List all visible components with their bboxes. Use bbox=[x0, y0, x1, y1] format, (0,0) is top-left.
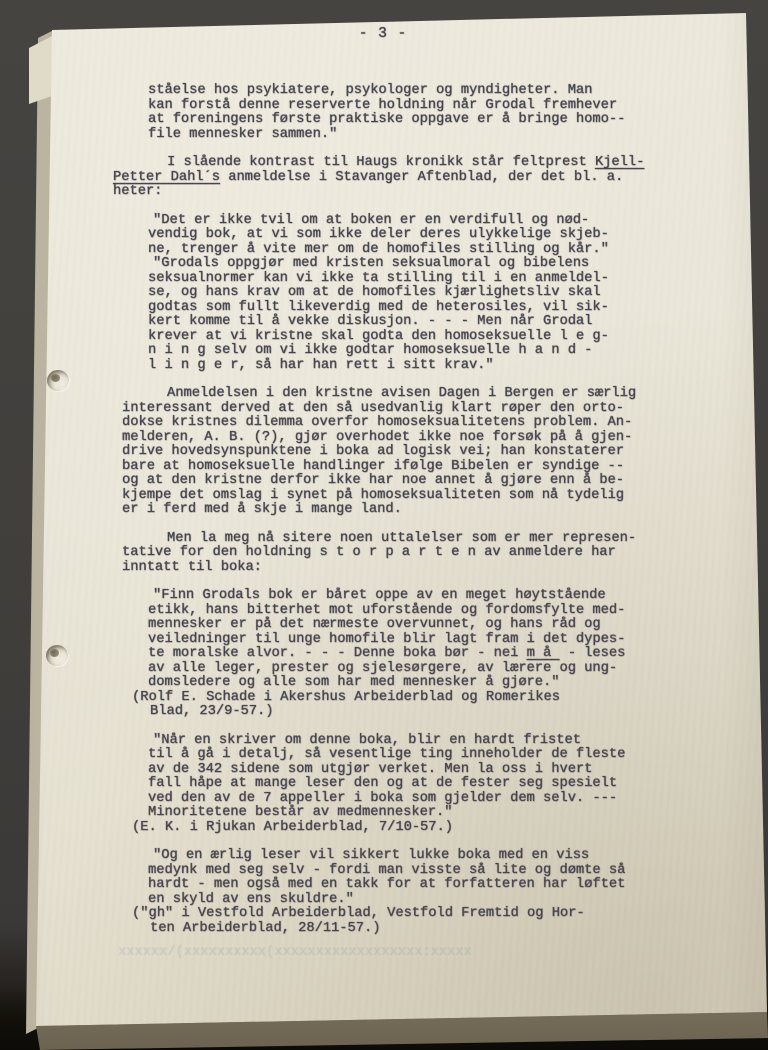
text-run: dokse kristnes dilemma overfor homoseksu… bbox=[122, 415, 632, 430]
typescript-line: ved den av de 7 appeller i boka som gjel… bbox=[122, 792, 667, 807]
punch-hole-top bbox=[47, 370, 69, 391]
typescript-line: l i n g e r, så har han rett i sitt krav… bbox=[122, 359, 667, 374]
typescript-line: krever at vi kristne skal godta den homo… bbox=[122, 330, 667, 345]
paragraph-kontrast: I slående kontrast til Haugs kronikk stå… bbox=[122, 156, 667, 200]
typescript-line: (E. K. i Rjukan Arbeiderblad, 7/10-57.) bbox=[122, 821, 667, 836]
text-run: fall håpe at mange leser den og at de fe… bbox=[148, 776, 617, 791]
text-run: "Når en skriver om denne boka, blir en h… bbox=[153, 733, 581, 748]
blockquote-schade: "Finn Grodals bok er båret oppe av en me… bbox=[122, 589, 667, 720]
text-run: og at den kristne derfor ikke har noe an… bbox=[122, 473, 624, 488]
typescript-line: etikk, hans bitterhet mot uforstående og… bbox=[122, 604, 667, 619]
typescript-line: av de 342 sidene som utgjør verket. Men … bbox=[122, 763, 667, 778]
typescript-line: heter: bbox=[113, 185, 667, 200]
text-run: heter: bbox=[113, 184, 162, 199]
text-run: krever at vi kristne skal godta den homo… bbox=[148, 329, 609, 344]
typescript-line: seksualnormer kan vi ikke ta stilling ti… bbox=[122, 272, 667, 287]
punch-hole-shadow bbox=[51, 374, 60, 382]
text-run: "Og en ærlig leser vil sikkert lukke bok… bbox=[153, 848, 589, 863]
text-run: kert komme til å vekke diskusjon. - - - … bbox=[148, 314, 592, 329]
text-run: - leses bbox=[559, 646, 625, 661]
text-run: l i n g e r, så har han rett i sitt krav… bbox=[148, 358, 494, 373]
typescript-line: Minoritetene består av medmennesker." bbox=[122, 806, 667, 821]
text-run: ("gh" i Vestfold Arbeiderblad, Vestfold … bbox=[132, 906, 585, 921]
text-run: "Det er ikke tvil om at boken er en verd… bbox=[153, 213, 589, 228]
text-run: n i n g selv om vi ikke godtar homoseksu… bbox=[148, 343, 592, 358]
typescript-line: medynk med seg selv - fordi man visste s… bbox=[122, 864, 667, 879]
typescript-line: Blad, 23/9-57.) bbox=[122, 705, 667, 720]
typescript-line: kert komme til å vekke diskusjon. - - - … bbox=[122, 315, 667, 330]
punch-hole-bottom bbox=[46, 645, 68, 666]
typescript-line: bare at homoseksuelle handlinger ifølge … bbox=[122, 460, 667, 475]
typescript-line: (Rolf E. Schade i Akershus Arbeiderblad … bbox=[122, 691, 667, 706]
typescript-line: ne, trenger å vite mer om de homofiles s… bbox=[122, 243, 667, 258]
text-run: av de 342 sidene som utgjør verket. Men … bbox=[148, 762, 592, 777]
text-run: er i ferd med å skje i mange land. bbox=[122, 502, 402, 517]
text-run: mennesker er på det nærmeste overvunnet,… bbox=[148, 617, 601, 632]
typescript-line: se, og hans krav om at de homofiles kjær… bbox=[122, 286, 667, 301]
text-run: kan forstå denne reserverte holdning når… bbox=[148, 98, 617, 113]
typescript-line: av alle leger, prester og sjelesørgere, … bbox=[122, 662, 667, 677]
punch-hole-shadow bbox=[50, 649, 59, 657]
typescript-line: "Finn Grodals bok er båret oppe av en me… bbox=[122, 589, 667, 604]
typescript-line: kan forstå denne reserverte holdning når… bbox=[122, 99, 667, 114]
typescript-line: Men la meg nå sitere noen uttalelser som… bbox=[122, 532, 667, 547]
text-run: av alle leger, prester og sjelesørgere, … bbox=[148, 661, 617, 676]
text-run: ten Arbeiderblad, 28/11-57.) bbox=[150, 921, 380, 936]
text-run: seksualnormer kan vi ikke ta stilling ti… bbox=[148, 271, 609, 286]
text-run: veiledninger til unge homofile blir lagt… bbox=[148, 632, 625, 647]
typescript-line: "Og en ærlig leser vil sikkert lukke bok… bbox=[122, 849, 667, 864]
page-number: - 3 - bbox=[122, 26, 644, 42]
typescript-line: "Når en skriver om denne boka, blir en h… bbox=[122, 734, 667, 749]
typescript-line: til å gå i detalj, så vesentlige ting in… bbox=[122, 748, 667, 763]
blockquote-rjukan: "Når en skriver om denne boka, blir en h… bbox=[122, 734, 667, 836]
typescript-line: ten Arbeiderblad, 28/11-57.) bbox=[122, 922, 667, 937]
typescript-line: og at den kristne derfor ikke har noe an… bbox=[122, 474, 667, 489]
text-run: ved den av de 7 appeller i boka som gjel… bbox=[148, 791, 617, 806]
text-run: at foreningens første praktiske oppgave … bbox=[148, 112, 625, 127]
underlined-text-run: Petter Dahl´s bbox=[113, 170, 220, 185]
typescript-line: veiledninger til unge homofile blir lagt… bbox=[122, 633, 667, 648]
text-run: (Rolf E. Schade i Akershus Arbeiderblad … bbox=[132, 690, 560, 705]
typescript-line: "Det er ikke tvil om at boken er en verd… bbox=[122, 214, 667, 229]
text-run: ne, trenger å vite mer om de homofiles s… bbox=[148, 242, 609, 257]
text-run: interessant derved at den så usedvanlig … bbox=[122, 401, 624, 416]
text-run: se, og hans krav om at de homofiles kjær… bbox=[148, 285, 601, 300]
typescript-line: domsledere og alle som har med mennesker… bbox=[122, 676, 667, 691]
text-run: kjempe det omslag i synet på homoseksual… bbox=[122, 488, 624, 503]
typescript-line: godtas som fullt likeverdig med de heter… bbox=[122, 301, 667, 316]
typescript-line: te moralske alvor. - - - Denne boka bør … bbox=[122, 647, 667, 662]
text-run: medynk med seg selv - fordi man visste s… bbox=[148, 863, 625, 878]
text-run: hardt - men også med en takk for at forf… bbox=[148, 877, 625, 892]
typescript: ståelse hos psykiatere, psykologer og my… bbox=[122, 84, 667, 936]
text-run: Men la meg nå sitere noen uttalelser som… bbox=[167, 531, 636, 546]
typescript-line: tative for den holdning s t o r p a r t … bbox=[122, 546, 667, 561]
text-run: en skyld av ens skuldre." bbox=[148, 892, 354, 907]
underlined-text-run: Kjell- bbox=[595, 155, 644, 170]
typescript-line: er i ferd med å skje i mange land. bbox=[122, 503, 667, 518]
text-run: te moralske alvor. - - - Denne boka bør … bbox=[148, 646, 527, 661]
typescript-line: inntatt til boka: bbox=[122, 561, 667, 576]
text-run: (E. K. i Rjukan Arbeiderblad, 7/10-57.) bbox=[132, 820, 453, 835]
text-run: drive hovedsynspunktene i boka ad logisk… bbox=[122, 444, 624, 459]
text-run: "Finn Grodals bok er båret oppe av en me… bbox=[153, 588, 606, 603]
text-run: domsledere og alle som har med mennesker… bbox=[148, 675, 559, 690]
text-run: ståelse hos psykiatere, psykologer og my… bbox=[148, 83, 592, 98]
typescript-line: mennesker er på det nærmeste overvunnet,… bbox=[122, 618, 667, 633]
text-run: inntatt til boka: bbox=[122, 560, 262, 575]
typescript-line: Anmeldelsen i den kristne avisen Dagen i… bbox=[122, 387, 667, 402]
text-run: anmeldelse i Stavanger Aftenblad, der de… bbox=[220, 170, 623, 185]
underlined-text-run: m å bbox=[527, 646, 560, 661]
typescript-line: "Grodals oppgjør med kristen seksualmora… bbox=[122, 257, 667, 272]
text-run: til å gå i detalj, så vesentlige ting in… bbox=[148, 747, 625, 762]
typescript-line: at foreningens første praktiske oppgave … bbox=[122, 113, 667, 128]
typescript-line: kjempe det omslag i synet på homoseksual… bbox=[122, 489, 667, 504]
scanned-typescript-page: { "page": { "number": "- 3 -", "bleed_ro… bbox=[0, 0, 768, 1050]
typescript-line: dokse kristnes dilemma overfor homoseksu… bbox=[122, 416, 667, 431]
blockquote-vestfold: "Og en ærlig leser vil sikkert lukke bok… bbox=[122, 849, 667, 936]
typescript-line: I slående kontrast til Haugs kronikk stå… bbox=[122, 156, 667, 171]
typescript-line: hardt - men også med en takk for at forf… bbox=[122, 878, 667, 893]
text-run: Anmeldelsen i den kristne avisen Dagen i… bbox=[167, 386, 636, 401]
typescript-line: n i n g selv om vi ikke godtar homoseksu… bbox=[122, 344, 667, 359]
typescript-line: en skyld av ens skuldre." bbox=[122, 893, 667, 908]
quote-continuation: ståelse hos psykiatere, psykologer og my… bbox=[122, 84, 667, 142]
text-run: etikk, hans bitterhet mot uforstående og… bbox=[148, 603, 625, 618]
blockquote-dahl: "Det er ikke tvil om at boken er en verd… bbox=[122, 214, 667, 374]
typescript-line: ståelse hos psykiatere, psykologer og my… bbox=[122, 84, 667, 99]
typescript-line: ("gh" i Vestfold Arbeiderblad, Vestfold … bbox=[122, 907, 667, 922]
paragraph-sitere: Men la meg nå sitere noen uttalelser som… bbox=[122, 532, 667, 576]
text-run: Minoritetene består av medmennesker." bbox=[148, 805, 453, 820]
typescript-line: melderen, A. B. (?), gjør overhodet ikke… bbox=[122, 431, 667, 446]
text-run: tative for den holdning s t o r p a r t … bbox=[122, 545, 616, 560]
text-run: bare at homoseksuelle handlinger ifølge … bbox=[122, 459, 624, 474]
text-run: file mennesker sammen." bbox=[148, 127, 337, 142]
typescript-line: vendig bok, at vi som ikke deler deres u… bbox=[122, 228, 667, 243]
typescript-line: drive hovedsynspunktene i boka ad logisk… bbox=[122, 445, 667, 460]
text-run: "Grodals oppgjør med kristen seksualmora… bbox=[153, 256, 589, 271]
text-run: godtas som fullt likeverdig med de heter… bbox=[148, 300, 609, 315]
typescript-line: interessant derved at den så usedvanlig … bbox=[122, 402, 667, 417]
typescript-line: fall håpe at mange leser den og at de fe… bbox=[122, 777, 667, 792]
typescript-line: Petter Dahl´s anmeldelse i Stavanger Aft… bbox=[113, 171, 667, 186]
text-run: vendig bok, at vi som ikke deler deres u… bbox=[148, 227, 609, 242]
text-run: I slående kontrast til Haugs kronikk stå… bbox=[167, 155, 595, 170]
text-run: Blad, 23/9-57.) bbox=[150, 704, 273, 719]
typescript-line: file mennesker sammen." bbox=[122, 128, 667, 143]
text-run: melderen, A. B. (?), gjør overhodet ikke… bbox=[122, 430, 632, 445]
paragraph-dagen: Anmeldelsen i den kristne avisen Dagen i… bbox=[122, 387, 667, 518]
bleed-through-text: xxxxxx/(xxxxxxxxxx(xxxxxxxxxxxxxxxxxx:xx… bbox=[118, 945, 472, 960]
